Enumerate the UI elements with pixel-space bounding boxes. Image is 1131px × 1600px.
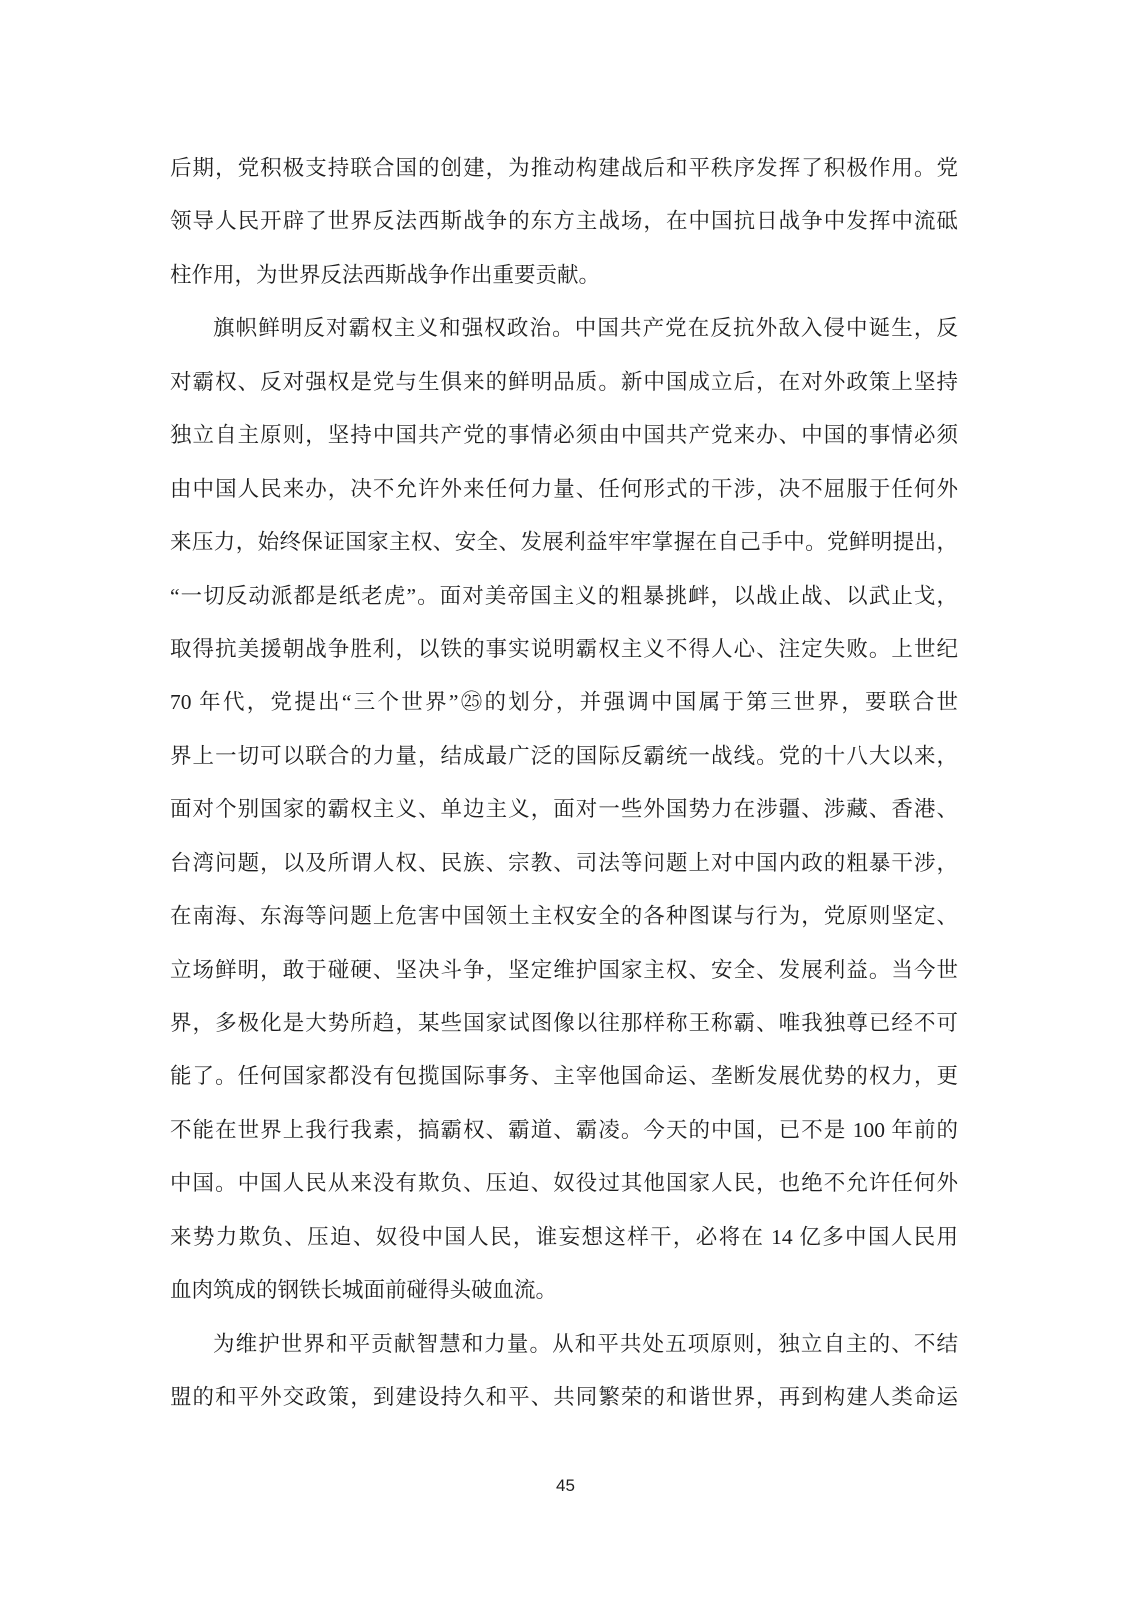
paragraph: 旗帜鲜明反对霸权主义和强权政治。中国共产党在反抗外敌入侵中诞生，反对霸权、反对强…	[170, 302, 958, 1317]
text-line: 后期，党积极支持联合国的创建，为推动构建战后和平秩序发挥了积极作用。党	[170, 142, 958, 195]
text-line: 独立自主原则，坚持中国共产党的事情必须由中国共产党来办、中国的事情必须	[170, 409, 958, 462]
text-line: 面对个别国家的霸权主义、单边主义，面对一些外国势力在涉疆、涉藏、香港、	[170, 783, 958, 836]
text-line: 由中国人民来办，决不允许外来任何力量、任何形式的干涉，决不屈服于任何外	[170, 463, 958, 516]
text-line: 来势力欺负、压迫、奴役中国人民，谁妄想这样干，必将在 14 亿多中国人民用	[170, 1211, 958, 1264]
page-number: 45	[556, 1476, 575, 1495]
text-line: 界，多极化是大势所趋，某些国家试图像以往那样称王称霸、唯我独尊已经不可	[170, 997, 958, 1050]
text-line: 能了。任何国家都没有包揽国际事务、主宰他国命运、垄断发展优势的权力，更	[170, 1050, 958, 1103]
text-line: 台湾问题，以及所谓人权、民族、宗教、司法等问题上对中国内政的粗暴干涉，	[170, 837, 958, 890]
text-line: 立场鲜明，敢于碰硬、坚决斗争，坚定维护国家主权、安全、发展利益。当今世	[170, 944, 958, 997]
text-line: 旗帜鲜明反对霸权主义和强权政治。中国共产党在反抗外敌入侵中诞生，反	[170, 302, 958, 355]
text-line: 柱作用，为世界反法西斯战争作出重要贡献。	[170, 249, 958, 302]
document-text: 后期，党积极支持联合国的创建，为推动构建战后和平秩序发挥了积极作用。党领导人民开…	[170, 142, 958, 1425]
page-footer: 45	[0, 1476, 1131, 1496]
text-line: 不能在世界上我行我素，搞霸权、霸道、霸凌。今天的中国，已不是 100 年前的	[170, 1104, 958, 1157]
text-line: 在南海、东海等问题上危害中国领土主权安全的各种图谋与行为，党原则坚定、	[170, 890, 958, 943]
text-line: 领导人民开辟了世界反法西斯战争的东方主战场，在中国抗日战争中发挥中流砥	[170, 195, 958, 248]
text-line: 70 年代，党提出“三个世界”㉕的划分，并强调中国属于第三世界，要联合世	[170, 676, 958, 729]
text-line: 界上一切可以联合的力量，结成最广泛的国际反霸统一战线。党的十八大以来，	[170, 730, 958, 783]
text-line: 盟的和平外交政策，到建设持久和平、共同繁荣的和谐世界，再到构建人类命运	[170, 1371, 958, 1424]
paragraph: 后期，党积极支持联合国的创建，为推动构建战后和平秩序发挥了积极作用。党领导人民开…	[170, 142, 958, 302]
document-page: 后期，党积极支持联合国的创建，为推动构建战后和平秩序发挥了积极作用。党领导人民开…	[0, 0, 1131, 1600]
text-line: 血肉筑成的钢铁长城面前碰得头破血流。	[170, 1264, 958, 1317]
text-line: 对霸权、反对强权是党与生俱来的鲜明品质。新中国成立后，在对外政策上坚持	[170, 356, 958, 409]
text-line: 中国。中国人民从来没有欺负、压迫、奴役过其他国家人民，也绝不允许任何外	[170, 1157, 958, 1210]
text-line: 取得抗美援朝战争胜利，以铁的事实说明霸权主义不得人心、注定失败。上世纪	[170, 623, 958, 676]
paragraph: 为维护世界和平贡献智慧和力量。从和平共处五项原则，独立自主的、不结盟的和平外交政…	[170, 1318, 958, 1425]
text-line: 来压力，始终保证国家主权、安全、发展利益牢牢掌握在自己手中。党鲜明提出，	[170, 516, 958, 569]
text-line: 为维护世界和平贡献智慧和力量。从和平共处五项原则，独立自主的、不结	[170, 1318, 958, 1371]
text-line: “一切反动派都是纸老虎”。面对美帝国主义的粗暴挑衅，以战止战、以武止戈，	[170, 570, 958, 623]
